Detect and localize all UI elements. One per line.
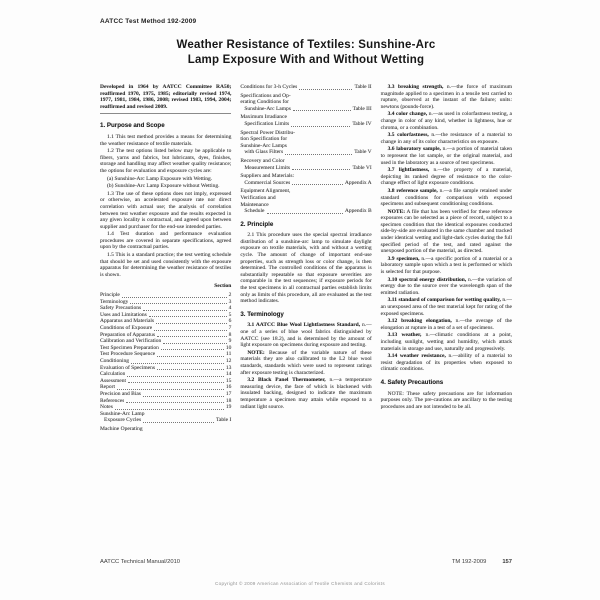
- development-history: Developed in 1964 by AATCC Committee RA5…: [100, 84, 231, 110]
- toc-row: Evaluation of Specimens 13: [100, 365, 231, 372]
- toc-row: Calculation 14: [100, 371, 231, 378]
- column-right: 3.3 breaking strength, n.—the force of m…: [381, 84, 512, 550]
- toc-label: Uses and Limitations: [100, 312, 147, 319]
- dot-leader: [293, 110, 351, 111]
- column-middle: Conditions for 3-h Cycles Table II Speci…: [240, 84, 371, 550]
- footer-manual-name: AATCC Technical Manual/2010: [100, 559, 180, 565]
- toc-table-ref: Appendix A: [345, 180, 372, 187]
- toc-row: Precision and Bias 17: [100, 391, 231, 398]
- definition-term: NOTE:: [388, 209, 405, 215]
- toc-label: Evaluation of Specimens: [100, 365, 155, 372]
- toc-label: References: [100, 398, 124, 405]
- dot-leader: [127, 376, 223, 377]
- toc-label: Terminology: [100, 299, 128, 306]
- toc-label: Specification Limits: [240, 121, 289, 128]
- dot-leader: [143, 396, 224, 397]
- toc-label: Precision and Bias: [100, 391, 141, 398]
- terminology-definitions-continued: 3.3 breaking strength, n.—the force of m…: [381, 84, 512, 373]
- history-divider: [100, 113, 231, 114]
- toc-row: Notes 19: [100, 404, 231, 411]
- dot-leader: [157, 356, 224, 357]
- section-4-heading: 4. Safety Precautions: [381, 380, 512, 387]
- toc-section-number: 6: [229, 318, 232, 325]
- definition-term: 3.7 lightfastness,: [388, 167, 430, 173]
- toc-label: Conditions for 3-h Cycles: [240, 84, 297, 91]
- toc-label: Preparation of Apparatus: [100, 332, 155, 339]
- document-title: Weather Resistance of Textiles: Sunshine…: [100, 38, 512, 68]
- toc-table-entry: Recovery and Color Measurement Limits Ta…: [240, 158, 371, 171]
- definition-term: 3.14 weather resistance,: [388, 353, 446, 359]
- dot-leader: [285, 154, 352, 155]
- toc-row: References 18: [100, 398, 231, 405]
- toc-row: Principle 2: [100, 292, 231, 299]
- toc-table-entry: Maximum Irradiance Specification Limits …: [240, 114, 371, 127]
- toc-row: Apparatus and Materials 6: [100, 318, 231, 325]
- definition-term: 3.5 colorfastness,: [388, 132, 429, 138]
- toc-section-number: 11: [226, 351, 231, 358]
- toc-label: Test Specimen Preparation: [100, 345, 159, 352]
- toc-section-number: 12: [226, 358, 232, 365]
- definition-paragraph: 3.5 colorfastness, n.—the resistance of …: [381, 132, 512, 145]
- definition-paragraph: 3.3 breaking strength, n.—the force of m…: [381, 84, 512, 110]
- toc-table-ref: Table III: [353, 106, 372, 113]
- definition-paragraph: 3.6 laboratory sample, n.—a portion of m…: [381, 146, 512, 166]
- toc-section-number: 2: [229, 292, 232, 299]
- toc-row: Conditions of Exposure 7: [100, 325, 231, 332]
- definition-paragraph: 3.4 color change, n.—as used in colorfas…: [381, 111, 512, 131]
- toc-entry-lines: Maximum Irradiance: [240, 114, 371, 121]
- definition-paragraph: 3.12 breaking elongation, n.—the average…: [381, 318, 512, 331]
- toc-section-number: 19: [226, 404, 232, 411]
- toc-row: Schedule Appendix B: [240, 208, 371, 215]
- toc-section-header: Section: [100, 283, 231, 290]
- toc-label: Schedule: [240, 208, 264, 215]
- toc-label: Test Procedure Sequence: [100, 351, 155, 358]
- footer-page-number: 157: [502, 559, 512, 565]
- definition-paragraph: 3.2 Black Panel Thermometer, n.—a temper…: [240, 377, 371, 410]
- definition-term: 3.8 reference sample,: [388, 188, 438, 194]
- definition-term: 3.4 color change,: [388, 111, 428, 117]
- scanned-document-page: AATCC Test Method 192-2009 Weather Resis…: [0, 0, 600, 600]
- toc-row: Preparation of Apparatus 8: [100, 332, 231, 339]
- toc-row: Report 16: [100, 384, 231, 391]
- definition-term: 3.2 Black Panel Thermometer,: [247, 377, 325, 383]
- definition-paragraph: NOTE: A file that has been verified for …: [381, 209, 512, 255]
- toc-section-number: 14: [226, 371, 232, 378]
- toc-row: Measurement Limits Table VI: [240, 165, 371, 172]
- toc-row: Specification Limits Table IV: [240, 121, 371, 128]
- toc-label: Calculation: [100, 371, 125, 378]
- definition-paragraph: 3.13 weather, n.—climatic conditions at …: [381, 332, 512, 352]
- definition-term: 3.6 laboratory sample,: [388, 146, 441, 152]
- toc-row: Test Specimen Preparation 10: [100, 345, 231, 352]
- toc-table-ref: Table V: [354, 149, 371, 156]
- toc-entry-lines: Sunshine-Arc Lamp: [100, 411, 231, 418]
- toc-label: Safety Precautions: [100, 305, 141, 312]
- dot-leader: [292, 184, 343, 185]
- definition-term: 3.10 spectral energy distribution,: [388, 277, 467, 283]
- toc-continuation-line: Machine Operating: [100, 426, 231, 433]
- dot-leader: [128, 382, 224, 383]
- toc-label: Principle: [100, 292, 120, 299]
- dot-leader: [126, 402, 223, 403]
- definition-term: 3.12 breaking elongation,: [388, 318, 452, 324]
- definition-paragraph: 3.7 lightfastness, n.—the property of a …: [381, 167, 512, 187]
- document-title-line-1: Weather Resistance of Textiles: Sunshine…: [100, 38, 512, 53]
- toc-section-number: 9: [229, 338, 232, 345]
- definition-term: 3.11 standard of comparison for wetting …: [388, 297, 501, 303]
- dot-leader: [267, 213, 343, 214]
- toc-entry-lines: Equipment Alignment,Verification andMain…: [240, 188, 371, 208]
- toc-table-ref: Table I: [216, 417, 231, 424]
- dot-leader: [157, 336, 227, 337]
- definition-paragraph: 3.14 weather resistance, n.—ability of a…: [381, 353, 512, 373]
- toc-row: Conditioning 12: [100, 358, 231, 365]
- page-content: AATCC Test Method 192-2009 Weather Resis…: [100, 18, 512, 550]
- body-columns: Developed in 1964 by AATCC Committee RA5…: [100, 84, 512, 550]
- toc-label: Measurement Limits: [240, 165, 290, 172]
- definition-paragraph: 3.10 spectral energy distribution, n.—th…: [381, 277, 512, 297]
- section-1-heading: 1. Purpose and Scope: [100, 123, 231, 130]
- toc-label: with Glass Filters: [240, 149, 283, 156]
- definition-text: A file that has been verified for these …: [381, 209, 512, 255]
- toc-label: Notes: [100, 404, 113, 411]
- toc-table-entry: Conditions for 3-h Cycles Table II: [240, 84, 371, 91]
- paragraph: 1.2 The test options listed below may be…: [100, 148, 231, 174]
- toc-entry-lines: Spectral Power Distribu-tion Specificati…: [240, 130, 371, 150]
- dot-leader: [299, 89, 352, 90]
- section-2-heading: 2. Principle: [240, 222, 371, 229]
- toc-label: Exposure Cycles: [100, 417, 141, 424]
- dot-leader: [163, 343, 226, 344]
- toc-table-entry: Specifications and Op-erating Conditions…: [240, 93, 371, 113]
- dot-leader: [157, 369, 224, 370]
- document-title-line-2: Lamp Exposure With and Without Wetting: [100, 53, 512, 68]
- section-1-paragraphs: 1.1 This test method provides a means fo…: [100, 134, 231, 278]
- toc-row: Commercial Sources Appendix A: [240, 180, 371, 187]
- toc-table-ref: Table IV: [352, 121, 371, 128]
- toc-label: Apparatus and Materials: [100, 318, 154, 325]
- toc-label: Calibration and Verification: [100, 338, 161, 345]
- terminology-definitions: 3.1 AATCC Blue Wool Lightfastness Standa…: [240, 322, 371, 410]
- toc-section-number: 4: [229, 305, 232, 312]
- dot-leader: [161, 349, 224, 350]
- toc-entry-lines: Specifications and Op-erating Conditions…: [240, 93, 371, 106]
- definition-paragraph: 3.1 AATCC Blue Wool Lightfastness Standa…: [240, 322, 371, 348]
- toc-table-ref: Table II: [354, 84, 371, 91]
- toc-label: Commercial Sources: [240, 180, 290, 187]
- definition-term: 3.9 specimen,: [388, 256, 420, 262]
- toc-row: Terminology 3: [100, 299, 231, 306]
- dot-leader: [131, 363, 224, 364]
- paragraph: 1.5 This is a standard practice; the tes…: [100, 252, 231, 278]
- toc-section-number: 16: [226, 384, 232, 391]
- dot-leader: [143, 422, 214, 423]
- toc-table-ref: Appendix B: [345, 208, 372, 215]
- toc-table-entry: Spectral Power Distribu-tion Specificati…: [240, 130, 371, 156]
- page-footer: AATCC Technical Manual/2010 TM 192-2009 …: [100, 559, 512, 565]
- column-left: Developed in 1964 by AATCC Committee RA5…: [100, 84, 231, 550]
- definition-paragraph: 3.9 specimen, n.—a specific portion of a…: [381, 256, 512, 276]
- table-of-contents: Section Principle 2 Terminology: [100, 283, 231, 432]
- dot-leader: [149, 316, 227, 317]
- toc-label: Sunshine-Arc Lamps: [240, 106, 291, 113]
- paragraph: (a) Sunshine-Arc Lamp Exposure with Wett…: [100, 176, 231, 183]
- toc-row: Conditions for 3-h Cycles Table II: [240, 84, 371, 91]
- toc-row: Test Procedure Sequence 11: [100, 351, 231, 358]
- toc-table-entry: Suppliers and Materials: Commercial Sour…: [240, 173, 371, 186]
- paragraph: 1.3 The use of these options does not im…: [100, 191, 231, 231]
- definition-paragraph: NOTE: Because of the variable nature of …: [240, 350, 371, 376]
- footer-right-group: TM 192-2009 157: [452, 559, 512, 565]
- toc-table-entry: Equipment Alignment,Verification andMain…: [240, 188, 371, 214]
- toc-section-number: 7: [229, 325, 232, 332]
- section-3-heading: 3. Terminology: [240, 312, 371, 319]
- toc-table-ref: Table VI: [352, 165, 371, 172]
- dot-leader: [130, 303, 226, 304]
- toc-row: Assessment 15: [100, 378, 231, 385]
- dot-leader: [292, 169, 350, 170]
- definition-term: 3.1 AATCC Blue Wool Lightfastness Standa…: [247, 322, 360, 328]
- toc-row: Safety Precautions 4: [100, 305, 231, 312]
- paragraph: 1.1 This test method provides a means fo…: [100, 134, 231, 147]
- toc-row: Calibration and Verification 9: [100, 338, 231, 345]
- dot-leader: [156, 323, 227, 324]
- toc-section-number: 17: [226, 391, 232, 398]
- paragraph: (b) Sunshine-Arc Lamp Exposure without W…: [100, 183, 231, 190]
- toc-entry-lines: Suppliers and Materials:: [240, 173, 371, 180]
- definition-paragraph: 3.8 reference sample, n.—a file sample r…: [381, 188, 512, 208]
- toc-label: Assessment: [100, 378, 126, 385]
- definition-term: NOTE:: [247, 350, 264, 356]
- definition-term: 3.13 weather,: [388, 332, 422, 338]
- toc-row: with Glass Filters Table V: [240, 149, 371, 156]
- toc-entry-lines: Recovery and Color: [240, 158, 371, 165]
- dot-leader: [291, 126, 350, 127]
- toc-table-refs: Sunshine-Arc Lamp Exposure Cycles Table …: [100, 411, 231, 424]
- toc-label: Conditions of Exposure: [100, 325, 152, 332]
- copyright-line: Copyright © 2009 American Association of…: [0, 581, 600, 586]
- definition-term: 3.3 breaking strength,: [388, 84, 444, 90]
- dot-leader: [143, 310, 226, 311]
- method-number-header: AATCC Test Method 192-2009: [100, 18, 512, 25]
- definition-paragraph: 3.11 standard of comparison for wetting …: [381, 297, 512, 317]
- dot-leader: [154, 330, 226, 331]
- section-4-note: NOTE: These safety precautions are for i…: [381, 391, 512, 411]
- dot-leader: [117, 389, 224, 390]
- section-2-paragraph: 2.1 This procedure uses the special spec…: [240, 232, 371, 305]
- dot-leader: [115, 409, 224, 410]
- paragraph: 1.4 Test duration and performance evalua…: [100, 231, 231, 251]
- footer-doc-ref: TM 192-2009: [452, 559, 486, 565]
- toc-row: Exposure Cycles Table I: [100, 417, 231, 424]
- toc-row: Uses and Limitations 5: [100, 312, 231, 319]
- toc-table-refs-continued: Conditions for 3-h Cycles Table II Speci…: [240, 84, 371, 215]
- toc-rows: Principle 2 Terminology 3: [100, 292, 231, 411]
- toc-table-entry: Sunshine-Arc Lamp Exposure Cycles Table …: [100, 411, 231, 424]
- toc-row: Sunshine-Arc Lamps Table III: [240, 106, 371, 113]
- toc-label: Conditioning: [100, 358, 129, 365]
- dot-leader: [122, 297, 227, 298]
- toc-label: Report: [100, 384, 115, 391]
